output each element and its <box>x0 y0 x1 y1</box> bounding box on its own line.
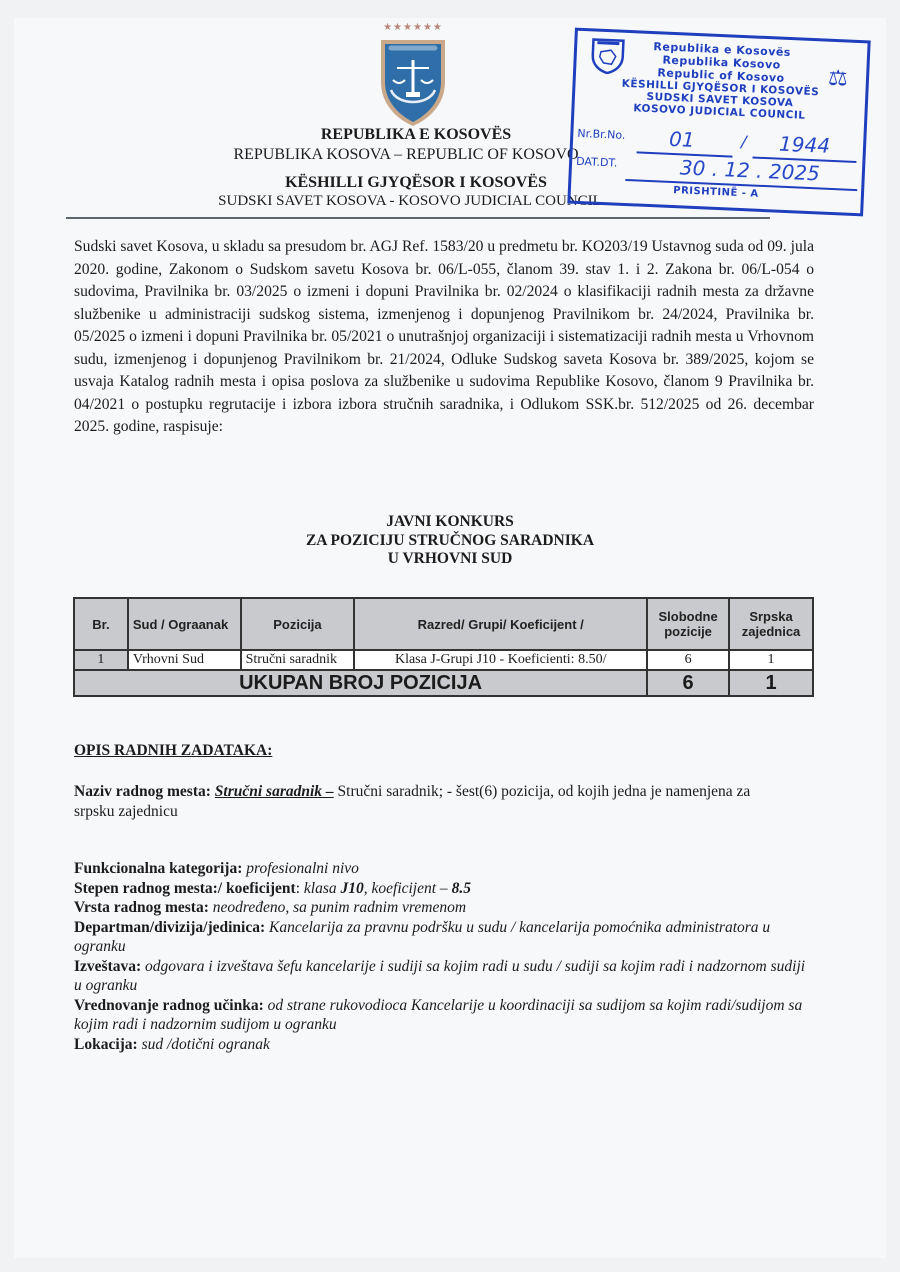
judicial-council-emblem: ★★★★★★ <box>372 22 454 130</box>
stamp-nr-label: Nr.Br.No. <box>577 127 626 142</box>
detail-separator: : <box>296 880 300 897</box>
detail-label: Lokacija: <box>74 1036 138 1053</box>
detail-value: , koeficijent – <box>364 880 452 897</box>
positions-table: Br. Sud / Ograanak Pozicija Razred/ Grup… <box>73 597 814 697</box>
header-line-3: KËSHILLI GJYQËSOR I KOSOVËS <box>216 174 616 192</box>
table-header-row: Br. Sud / Ograanak Pozicija Razred/ Grup… <box>74 598 813 650</box>
cell-br: 1 <box>74 650 128 670</box>
detail-value-class: J10 <box>341 880 364 897</box>
stamp-nr-value-2: 1944 <box>779 132 831 158</box>
detail-value: profesionalni nivo <box>246 860 359 877</box>
total-slobodne: 6 <box>647 670 729 696</box>
stamp-date-label: DAT.DT. <box>576 155 618 170</box>
scales-of-justice-shield-icon <box>377 36 449 128</box>
cell-pozicija: Stručni saradnik <box>241 650 355 670</box>
title-line-3: U VRHOVNI SUD <box>0 550 900 569</box>
detail-value-coefficient: 8.5 <box>452 880 471 897</box>
detail-label: Stepen radnog mesta:/ koeficijent <box>74 880 296 897</box>
header-br: Br. <box>74 598 128 650</box>
detail-value: odgovara i izveštava šefu kancelarije i … <box>74 958 805 995</box>
detail-label: Vrsta radnog mesta: <box>74 899 209 916</box>
detail-value: neodređeno, sa punim radnim vremenom <box>213 899 466 916</box>
cell-slobodne: 6 <box>647 650 729 670</box>
detail-value: klasa <box>304 880 341 897</box>
detail-grade: Stepen radnog mesta:/ koeficijent: klasa… <box>74 879 814 899</box>
detail-label: Funkcionalna kategorija: <box>74 860 242 877</box>
detail-label: Departman/divizija/jedinica: <box>74 919 265 936</box>
detail-performance-evaluation: Vrednovanje radnog učinka: od strane ruk… <box>74 996 814 1035</box>
table-total-row: UKUPAN BROJ POZICIJA 6 1 <box>74 670 813 696</box>
header-srpska: Srpska zajednica <box>729 598 813 650</box>
detail-label: Izveštava: <box>74 958 141 975</box>
stamp-nr-separator: / <box>741 132 747 151</box>
position-name-value: Stručni saradnik – <box>215 783 334 800</box>
detail-functional-category: Funkcionalna kategorija: profesionalni n… <box>74 859 814 879</box>
detail-department: Departman/divizija/jedinica: Kancelarija… <box>74 918 814 957</box>
detail-reports-to: Izveštava: odgovara i izveštava šefu kan… <box>74 957 814 996</box>
stars-icon: ★★★★★★ <box>372 22 454 33</box>
detail-position-type: Vrsta radnog mesta: neodređeno, sa punim… <box>74 898 814 918</box>
cell-razred: Klasa J-Grupi J10 - Koeficienti: 8.50/ <box>354 650 647 670</box>
header-sud: Sud / Ograanak <box>128 598 241 650</box>
cell-srpska: 1 <box>729 650 813 670</box>
header-slobodne: Slobodne pozicije <box>647 598 729 650</box>
position-name-label: Naziv radnog mesta: <box>74 783 211 800</box>
registry-stamp: ⚖ Republika e Kosovës Republika Kosovo R… <box>567 28 870 217</box>
detail-value: sud /dotični ogranak <box>142 1036 270 1053</box>
section-heading: OPIS RADNIH ZADATAKA: <box>74 742 272 760</box>
header-divider <box>66 217 770 219</box>
detail-location: Lokacija: sud /dotični ogranak <box>74 1035 814 1055</box>
total-label: UKUPAN BROJ POZICIJA <box>74 670 647 696</box>
detail-label: Vrednovanje radnog učinka: <box>74 997 264 1014</box>
title-line-2: ZA POZICIJU STRUČNOG SARADNIKA <box>0 532 900 551</box>
announcement-title: JAVNI KONKURS ZA POZICIJU STRUČNOG SARAD… <box>0 513 900 569</box>
cell-sud: Vrhovni Sud <box>128 650 241 670</box>
title-line-1: JAVNI KONKURS <box>0 513 900 532</box>
position-name: Naziv radnog mesta: Stručni saradnik – S… <box>74 782 774 822</box>
position-details: Funkcionalna kategorija: profesionalni n… <box>74 859 814 1054</box>
header-line-2: REPUBLIKA KOSOVA – REPUBLIC OF KOSOVO <box>196 146 616 164</box>
table-row: 1 Vrhovni Sud Stručni saradnik Klasa J-G… <box>74 650 813 670</box>
stamp-date-value: 30 . 12 . 2025 <box>679 155 820 185</box>
stamp-nr-value-1: 01 <box>669 127 695 152</box>
intro-paragraph: Sudski savet Kosova, u skladu sa presudo… <box>74 236 814 439</box>
total-srpska: 1 <box>729 670 813 696</box>
header-pozicija: Pozicija <box>241 598 355 650</box>
header-razred: Razred/ Grupi/ Koeficijent / <box>354 598 647 650</box>
header-line-1: REPUBLIKA E KOSOVËS <box>216 126 616 144</box>
